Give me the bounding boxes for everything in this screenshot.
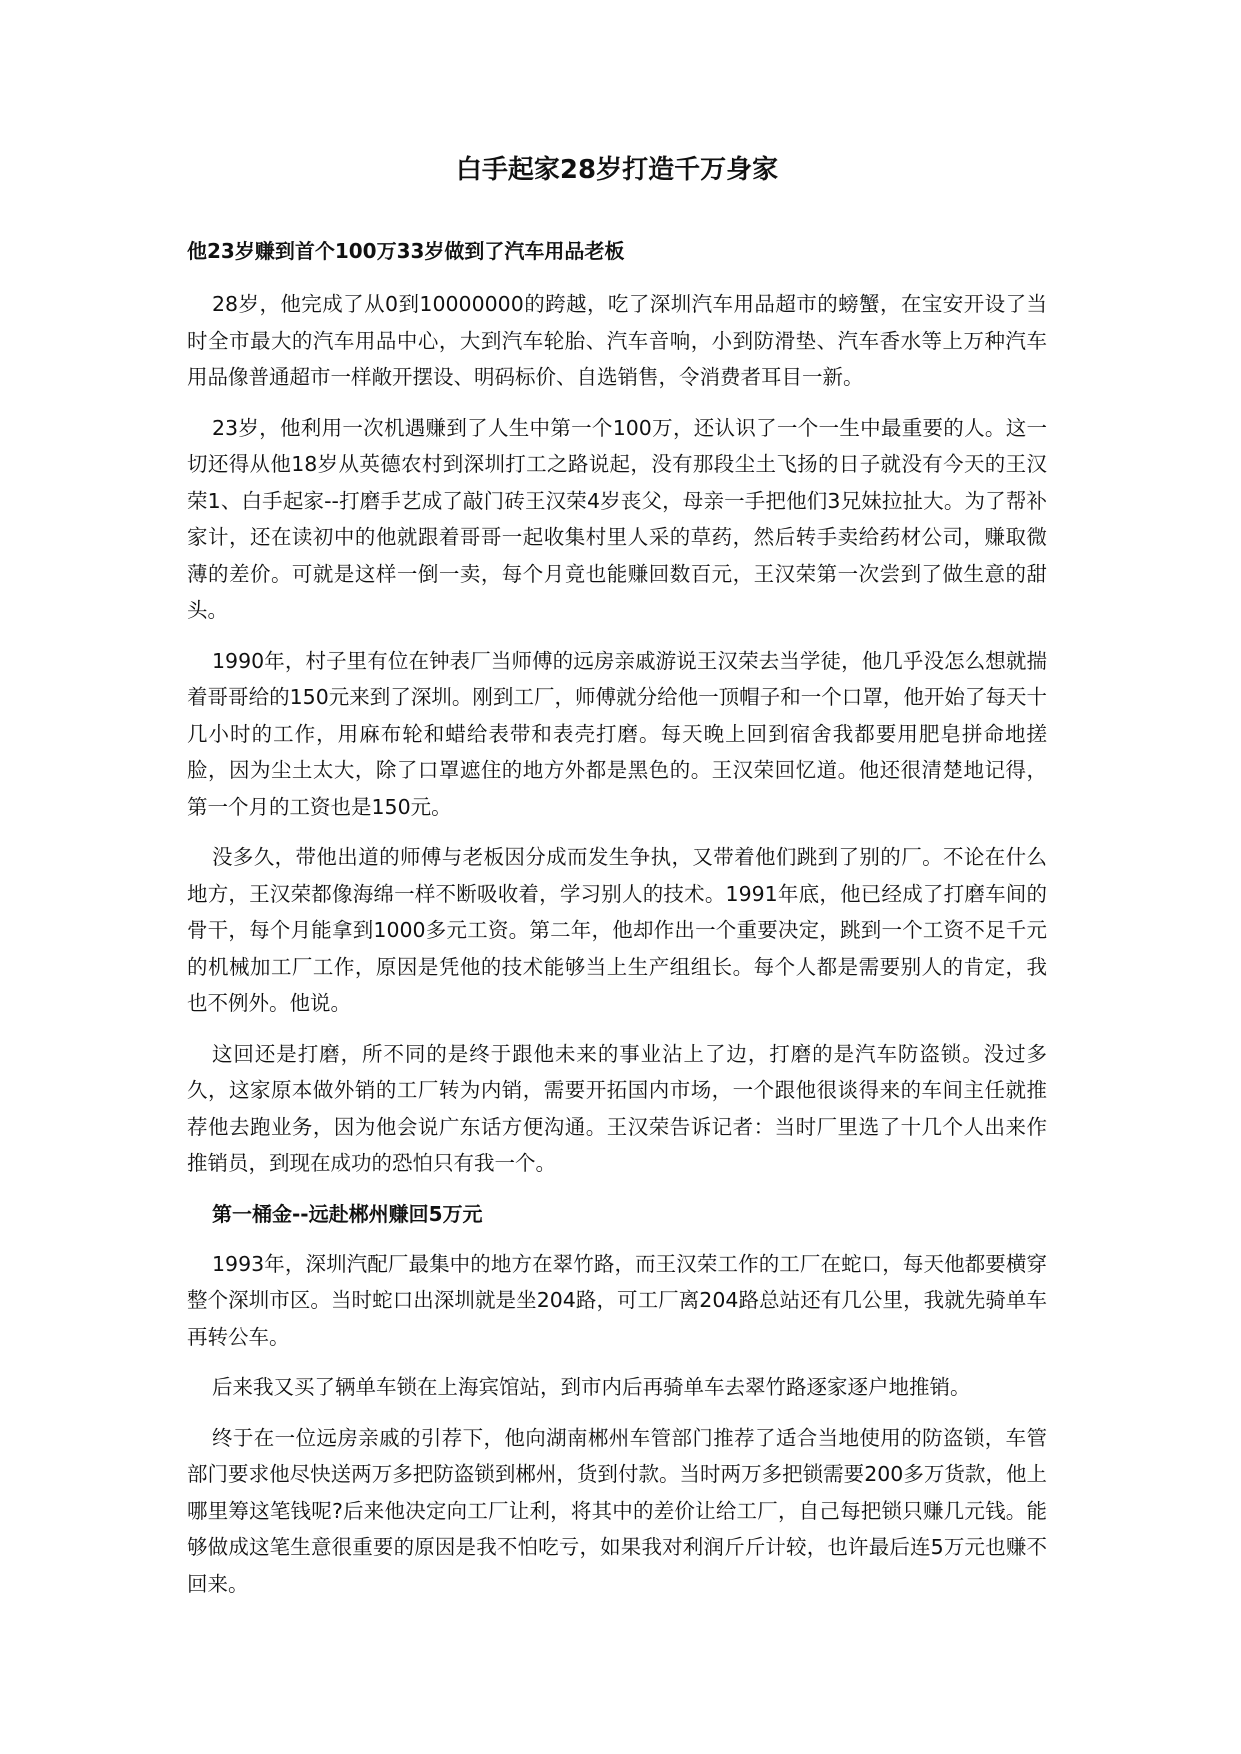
paragraph: 23岁，他利用一次机遇赚到了人生中第一个100万，还认识了一个一生中最重要的人。… — [187, 410, 1047, 629]
section-heading: 第一桶金--远赴郴州赚回5万元 — [187, 1196, 1047, 1232]
document-title: 白手起家28岁打造千万身家 — [187, 152, 1047, 188]
paragraph: 终于在一位远房亲戚的引荐下，他向湖南郴州车管部门推荐了适合当地使用的防盗锁，车管… — [187, 1420, 1047, 1603]
paragraph: 28岁，他完成了从0到10000000的跨越，吃了深圳汽车用品超市的螃蟹，在宝安… — [187, 286, 1047, 396]
paragraph: 后来我又买了辆单车锁在上海宾馆站，到市内后再骑单车去翠竹路逐家逐户地推销。 — [187, 1369, 1047, 1406]
document-body: 28岁，他完成了从0到10000000的跨越，吃了深圳汽车用品超市的螃蟹，在宝安… — [187, 286, 1047, 1616]
paragraph: 1990年，村子里有位在钟表厂当师傅的远房亲戚游说王汉荣去当学徒，他几乎没怎么想… — [187, 643, 1047, 826]
paragraph: 这回还是打磨，所不同的是终于跟他未来的事业沾上了边，打磨的是汽车防盗锁。没过多久… — [187, 1036, 1047, 1182]
paragraph: 没多久，带他出道的师傅与老板因分成而发生争执，又带着他们跳到了别的厂。不论在什么… — [187, 839, 1047, 1022]
document-subtitle: 他23岁赚到首个100万33岁做到了汽车用品老板 — [187, 236, 624, 266]
paragraph: 1993年，深圳汽配厂最集中的地方在翠竹路，而王汉荣工作的工厂在蛇口，每天他都要… — [187, 1246, 1047, 1356]
